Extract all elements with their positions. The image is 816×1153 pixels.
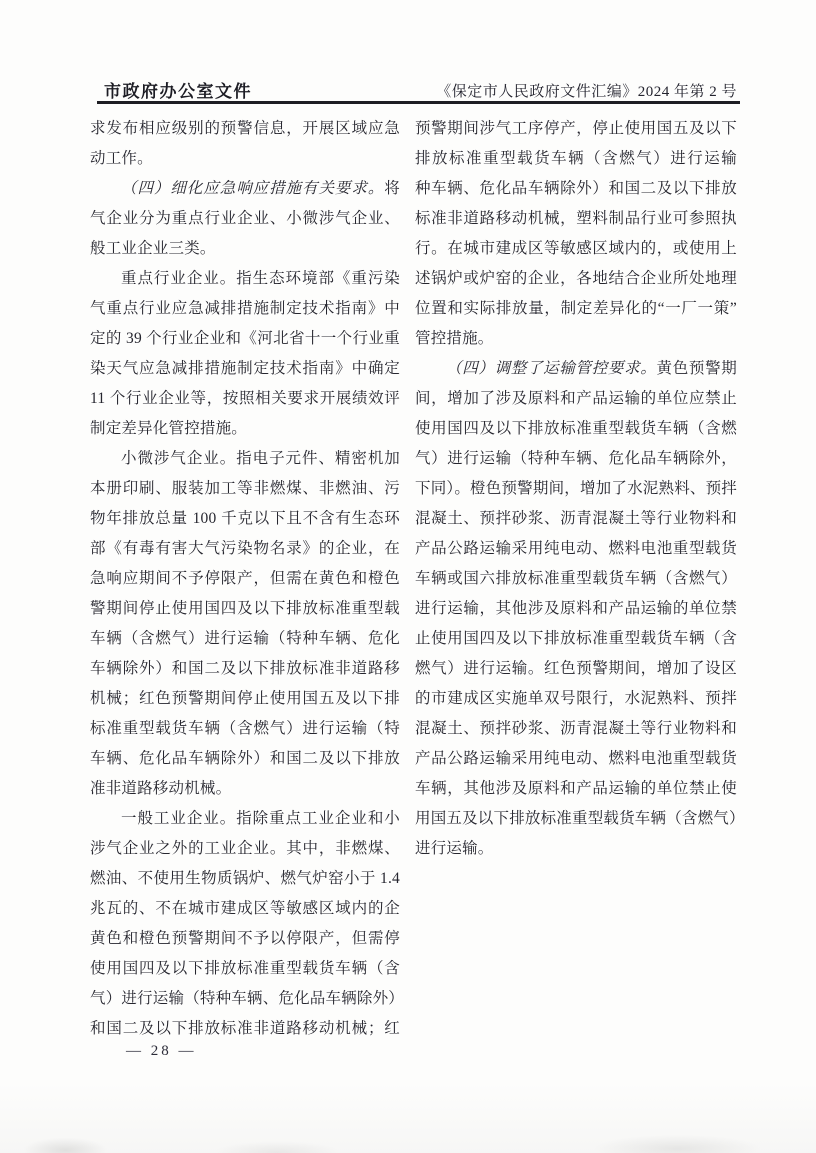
text-line: 求发布相应级别的预警信息，开展区域应急联 (90, 114, 400, 144)
text-line: 般工业企业三类。 (90, 234, 400, 264)
text-line: 燃气）进行运输。红色预警期间，增加了设区 (415, 654, 737, 684)
text-line: 使用国四及以下排放标准重型载货车辆（含燃 (90, 954, 400, 984)
text-line: 气企业分为重点行业企业、小微涉气企业、一 (90, 204, 400, 234)
text-line: 气）进行运输（特种车辆、危化品车辆除外， (415, 444, 737, 474)
text-line: 进行运输，其他涉及原料和产品运输的单位禁 (415, 594, 737, 624)
text-line: 11 个行业企业等，按照相关要求开展绩效评级， (90, 384, 400, 414)
body-text: 黄色预警期 (657, 360, 737, 377)
text-line: 和国二及以下排放标准非道路移动机械；红色 (90, 1014, 400, 1044)
text-line: （四）细化应急响应措施有关要求。将涉 (90, 174, 400, 204)
clause-heading: （四）细化应急响应措施有关要求。 (121, 180, 384, 197)
text-line: 气）进行运输（特种车辆、危化品车辆除外） (90, 984, 400, 1014)
text-line: 染天气应急减排措施制定技术指南》中确定的 (90, 354, 400, 384)
text-line: 排放标准重型载货车辆（含燃气）进行运输（特 (415, 144, 737, 174)
text-line: 小微涉气企业。指电子元件、精密机加工、 (90, 444, 400, 474)
text-line: 种车辆、危化品车辆除外）和国二及以下排放 (415, 174, 737, 204)
text-line: 一般工业企业。指除重点工业企业和小微 (90, 804, 400, 834)
text-line: 产品公路运输采用纯电动、燃料电池重型载货 (415, 744, 737, 774)
text-line: 止使用国四及以下排放标准重型载货车辆（含 (415, 624, 737, 654)
left-text-column: 求发布相应级别的预警信息，开展区域应急联动工作。（四）细化应急响应措施有关要求。… (90, 114, 400, 1044)
text-line: 车辆、危化品车辆除外）和国二及以下排放标 (90, 744, 400, 774)
header-document-category: 市政府办公室文件 (104, 77, 252, 102)
text-line: 标准重型载货车辆（含燃气）进行运输（特种 (90, 714, 400, 744)
text-line: 兆瓦的、不在城市建成区等敏感区域内的企业， (90, 894, 400, 924)
text-line: 车辆或国六排放标准重型载货车辆（含燃气） (415, 564, 737, 594)
text-line: 混凝土、预拌砂浆、沥青混凝土等行业物料和 (415, 504, 737, 534)
text-line: 黄色和橙色预警期间不予以停限产，但需停止 (90, 924, 400, 954)
text-line: 车辆（含燃气）进行运输（特种车辆、危化品 (90, 624, 400, 654)
text-line: 准非道路移动机械。 (90, 774, 400, 804)
text-line: 制定差异化管控措施。 (90, 414, 400, 444)
scan-shadow-artifact (0, 1083, 816, 1153)
text-line: 警期间停止使用国四及以下排放标准重型载货 (90, 594, 400, 624)
document-page: 市政府办公室文件 《保定市人民政府文件汇编》2024 年第 2 号 求发布相应级… (0, 0, 816, 1153)
text-line: 物年排放总量 100 千克以下且不含有生态环境 (90, 504, 400, 534)
text-line: 涉气企业之外的工业企业。其中，非燃煤、非 (90, 834, 400, 864)
text-line: 动工作。 (90, 144, 400, 174)
text-line: 重点行业企业。指生态环境部《重污染天 (90, 264, 400, 294)
header-compilation-title: 《保定市人民政府文件汇编》2024 年第 2 号 (436, 80, 737, 101)
text-line: 本册印刷、服装加工等非燃煤、非燃油、污染 (90, 474, 400, 504)
text-line: 部《有毒有害大气污染物名录》的企业，在应 (90, 534, 400, 564)
text-line: 位置和实际排放量，制定差异化的“一厂一策” (415, 294, 737, 324)
text-line: 急响应期间不予停限产，但需在黄色和橙色预 (90, 564, 400, 594)
header-rule (97, 101, 740, 104)
text-line: 燃油、不使用生物质锅炉、燃气炉窑小于 1.4 (90, 864, 400, 894)
text-line: 标准非道路移动机械，塑料制品行业可参照执 (415, 204, 737, 234)
text-line: 车辆除外）和国二及以下排放标准非道路移动 (90, 654, 400, 684)
page-number: — 28 — (126, 1043, 197, 1060)
text-line: 使用国四及以下排放标准重型载货车辆（含燃 (415, 414, 737, 444)
text-line: 下同）。橙色预警期间，增加了水泥熟料、预拌 (415, 474, 737, 504)
text-line: 间，增加了涉及原料和产品运输的单位应禁止 (415, 384, 737, 414)
text-line: 产品公路运输采用纯电动、燃料电池重型载货 (415, 534, 737, 564)
text-line: 机械；红色预警期间停止使用国五及以下排放 (90, 684, 400, 714)
text-line: 管控措施。 (415, 324, 737, 354)
text-line: 气重点行业应急减排措施制定技术指南》中确 (90, 294, 400, 324)
text-line: 述锅炉或炉窑的企业，各地结合企业所处地理 (415, 264, 737, 294)
right-text-column: 预警期间涉气工序停产，停止使用国五及以下排放标准重型载货车辆（含燃气）进行运输（… (415, 114, 737, 864)
clause-heading: （四）调整了运输管控要求。 (446, 360, 657, 377)
text-line: 用国五及以下排放标准重型载货车辆（含燃气） (415, 804, 737, 834)
text-line: 进行运输。 (415, 834, 737, 864)
text-line: 车辆，其他涉及原料和产品运输的单位禁止使 (415, 774, 737, 804)
text-line: （四）调整了运输管控要求。黄色预警期 (415, 354, 737, 384)
text-line: 混凝土、预拌砂浆、沥青混凝土等行业物料和 (415, 714, 737, 744)
text-line: 的市建成区实施单双号限行，水泥熟料、预拌 (415, 684, 737, 714)
text-line: 行。在城市建成区等敏感区域内的，或使用上 (415, 234, 737, 264)
text-line: 定的 39 个行业企业和《河北省十一个行业重污 (90, 324, 400, 354)
text-line: 预警期间涉气工序停产，停止使用国五及以下 (415, 114, 737, 144)
